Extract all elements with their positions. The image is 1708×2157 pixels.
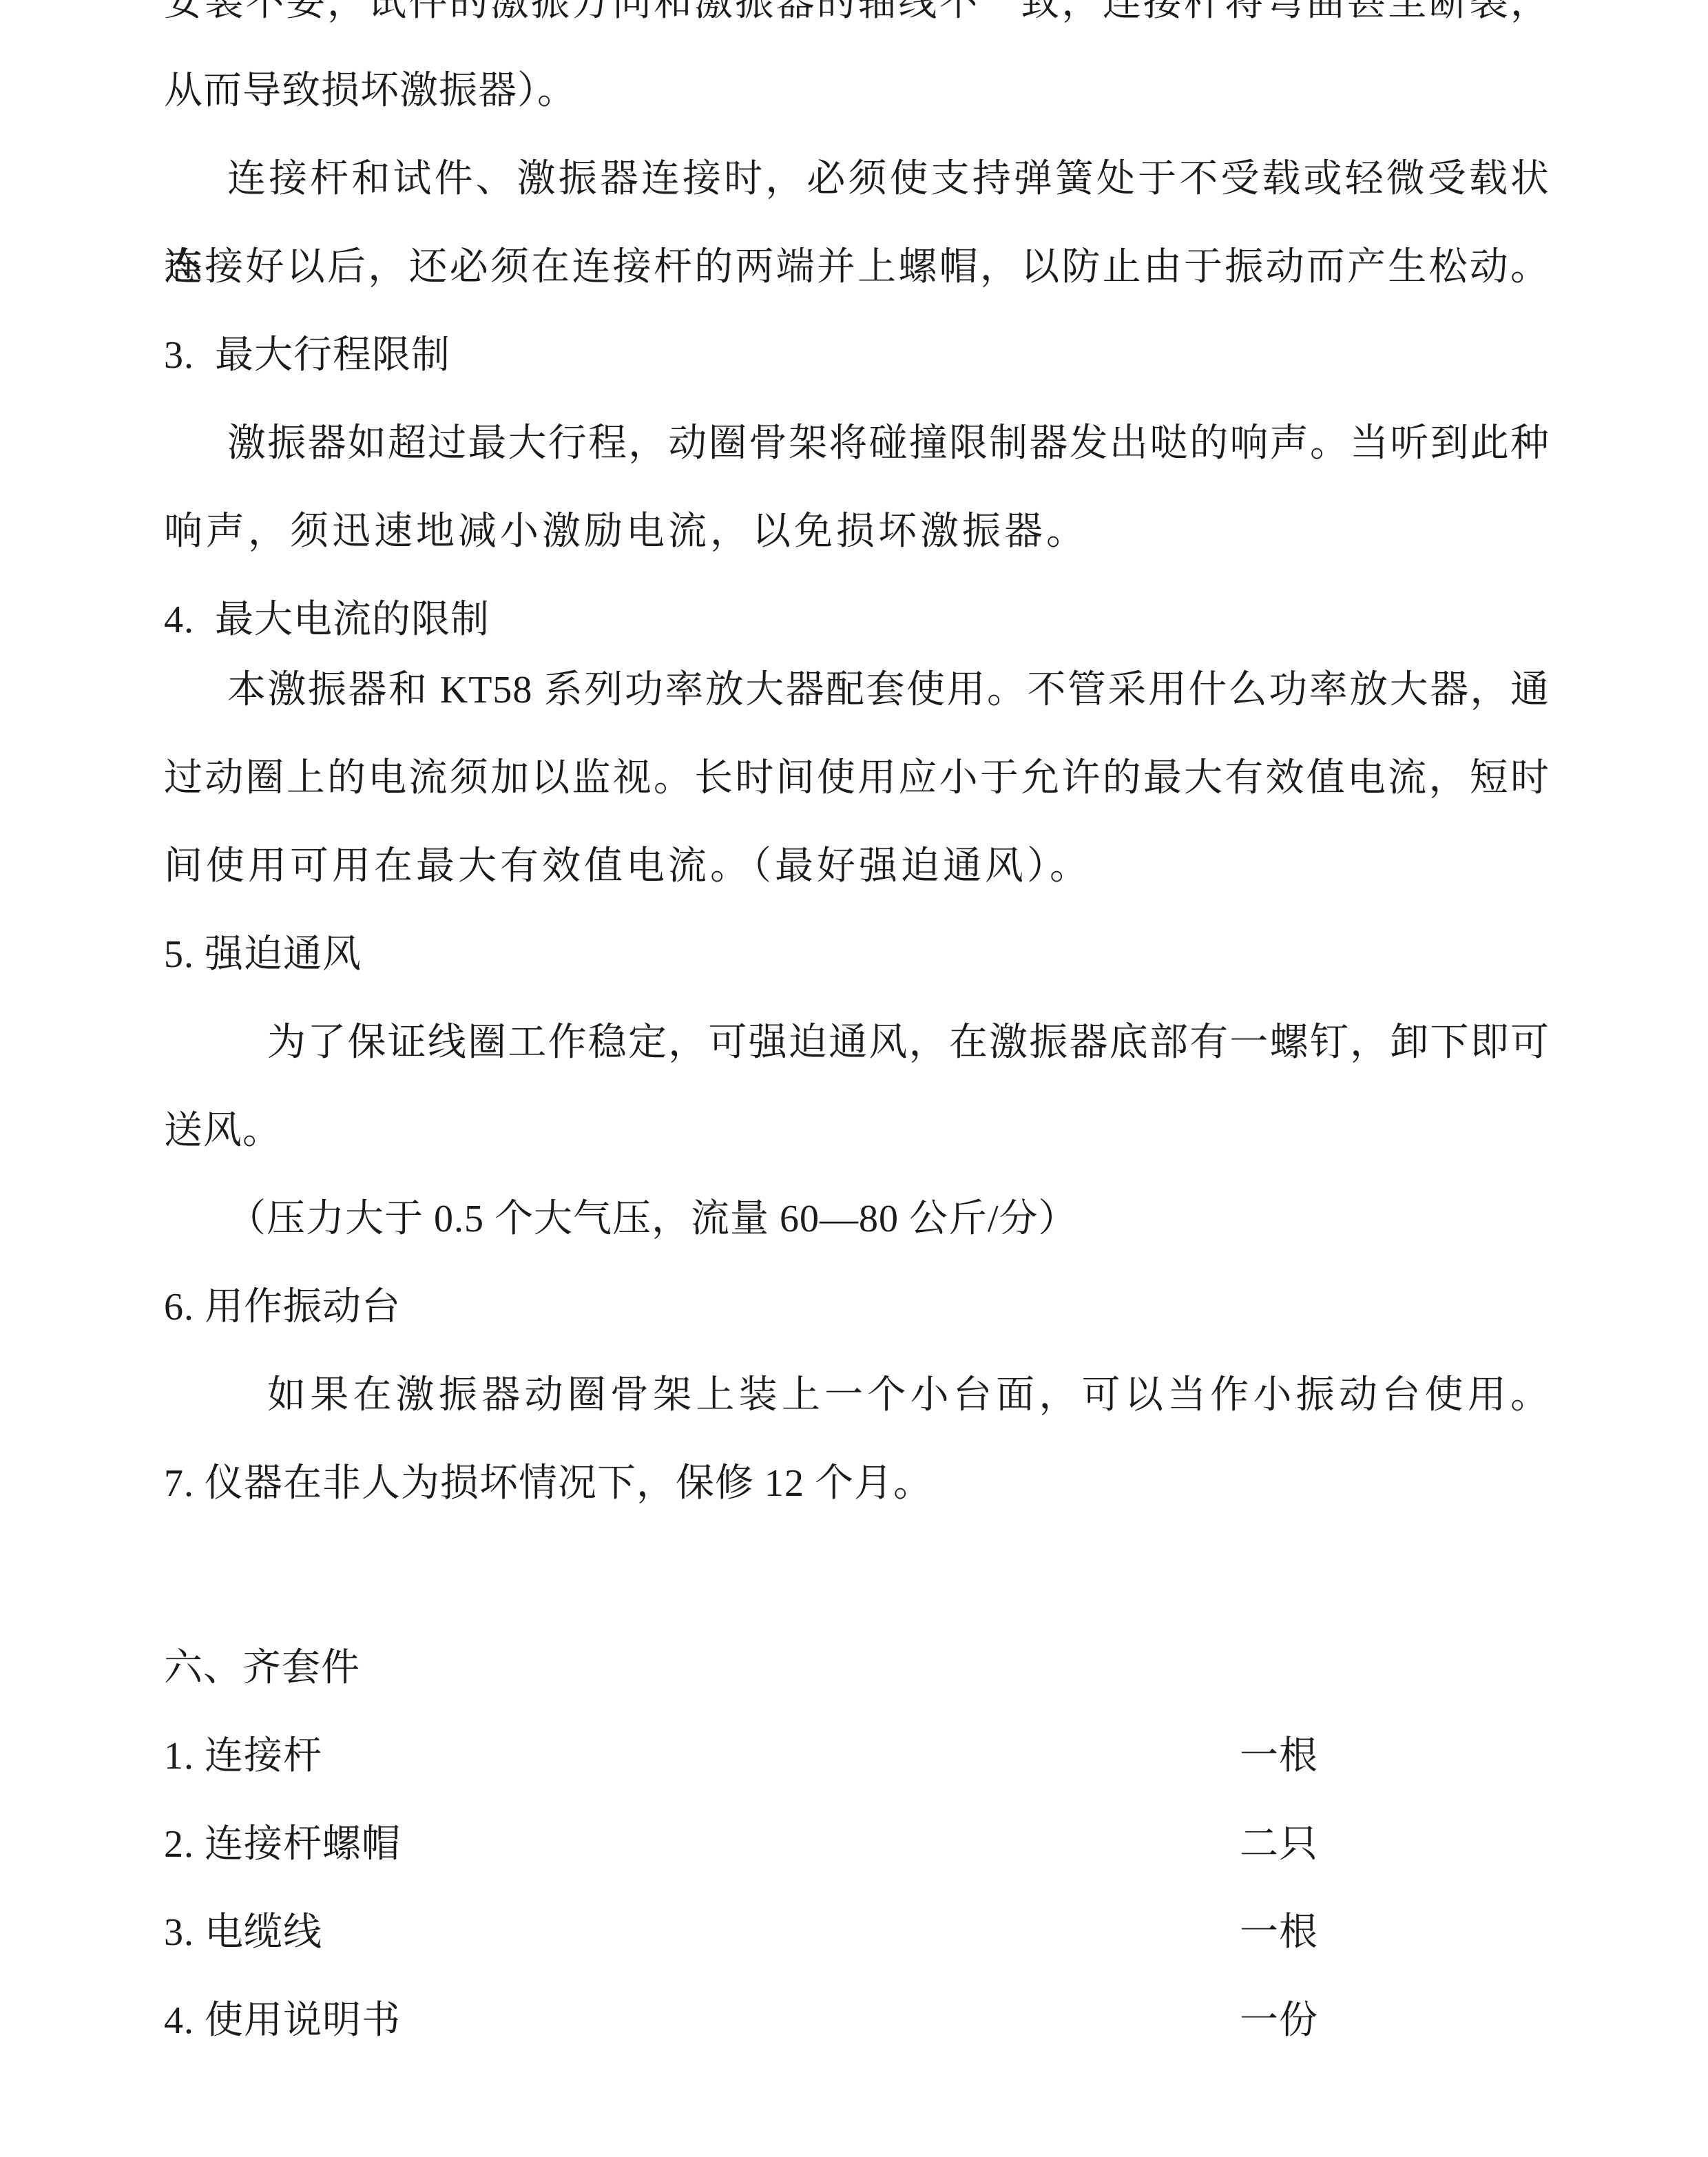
text-line: 为了保证线圈工作稳定，可强迫通风，在激振器底部有一螺钉，卸下即可 — [164, 999, 1550, 1087]
text-line: 6. 用作振动台 — [164, 1263, 1550, 1351]
line-text: 6. 用作振动台 — [164, 1286, 401, 1328]
line-text: 安装不妥，试件的激振方向和激振器的轴线不一致，连接杆将弯曲甚至断裂， — [164, 0, 1550, 24]
text-line: 7. 仪器在非人为损坏情况下，保修 12 个月。 — [164, 1439, 1550, 1528]
document-text: 安装不妥，试件的激振方向和激振器的轴线不一致，连接杆将弯曲甚至断裂，从而导致损坏… — [0, 0, 1550, 2065]
line-text: 响声，须迅速地减小激励电流，以免损坏激振器。 — [164, 510, 1088, 553]
text-line: 响声，须迅速地减小激励电流，以免损坏激振器。 — [164, 488, 1550, 576]
line-text: 六、齐套件 — [164, 1647, 360, 1689]
text-line: 送风。 — [164, 1087, 1550, 1175]
text-line: 从而导致损坏激振器）。 — [164, 47, 1550, 135]
text-line: 安装不妥，试件的激振方向和激振器的轴线不一致，连接杆将弯曲甚至断裂， — [164, 0, 1550, 47]
line-text: 连接好以后，还必须在连接杆的两端并上螺帽，以防止由于振动而产生松动。 — [164, 246, 1550, 289]
quantity-label: 二只 — [1240, 1800, 1318, 1888]
component-list-row: 1. 连接杆一根 — [164, 1712, 1550, 1800]
line-text: 过动圈上的电流须加以监视。长时间使用应小于允许的最大有效值电流，短时 — [164, 757, 1550, 800]
line-text: 如果在激振器动圈骨架上装上一个小台面，可以当作小振动台使用。 — [267, 1374, 1550, 1417]
text-line: 六、齐套件 — [164, 1624, 1550, 1712]
line-text: 3. 最大行程限制 — [164, 334, 450, 377]
quantity-label: 一根 — [1240, 1888, 1318, 1977]
line-text: 为了保证线圈工作稳定，可强迫通风，在激振器底部有一螺钉，卸下即可 — [267, 1021, 1550, 1064]
text-line: 激振器如超过最大行程，动圈骨架将碰撞限制器发出哒的响声。当听到此种 — [164, 399, 1550, 488]
line-text: 从而导致损坏激振器）。 — [164, 70, 576, 112]
text-line: 本激振器和 KT58 系列功率放大器配套使用。不管采用什么功率放大器，通 — [164, 646, 1550, 734]
component-list-row: 3. 电缆线一根 — [164, 1888, 1550, 1977]
quantity-label: 一份 — [1240, 1977, 1318, 2065]
text-line: （压力大于 0.5 个大气压，流量 60—80 公斤/分） — [164, 1175, 1550, 1263]
line-text: 4. 使用说明书 — [164, 1999, 401, 2042]
line-text: 1. 连接杆 — [164, 1735, 322, 1778]
text-line: 如果在激振器动圈骨架上装上一个小台面，可以当作小振动台使用。 — [164, 1351, 1550, 1439]
line-text: （压力大于 0.5 个大气压，流量 60—80 公斤/分） — [227, 1198, 1078, 1240]
text-line: 过动圈上的电流须加以监视。长时间使用应小于允许的最大有效值电流，短时 — [164, 734, 1550, 822]
document-page: 安装不妥，试件的激振方向和激振器的轴线不一致，连接杆将弯曲甚至断裂，从而导致损坏… — [0, 0, 1708, 2157]
quantity-label: 一根 — [1240, 1712, 1318, 1800]
component-list-row: 2. 连接杆螺帽二只 — [164, 1800, 1550, 1888]
line-text: 激振器如超过最大行程，动圈骨架将碰撞限制器发出哒的响声。当听到此种 — [227, 422, 1550, 465]
line-text: 5. 强迫通风 — [164, 933, 362, 976]
text-line: 间使用可用在最大有效值电流。（最好强迫通风）。 — [164, 822, 1550, 910]
line-text: 2. 连接杆螺帽 — [164, 1823, 401, 1866]
line-text: 本激振器和 KT58 系列功率放大器配套使用。不管采用什么功率放大器，通 — [227, 669, 1550, 711]
text-line: 3. 最大行程限制 — [164, 311, 1550, 399]
text-line: 连接杆和试件、激振器连接时，必须使支持弹簧处于不受载或轻微受载状态。 — [164, 135, 1550, 223]
component-list-row: 4. 使用说明书一份 — [164, 1977, 1550, 2065]
line-text: 4. 最大电流的限制 — [164, 598, 490, 641]
line-text: 3. 电缆线 — [164, 1911, 322, 1954]
line-text: 间使用可用在最大有效值电流。（最好强迫通风）。 — [164, 845, 1092, 888]
text-line: 5. 强迫通风 — [164, 910, 1550, 999]
line-text: 7. 仪器在非人为损坏情况下，保修 12 个月。 — [164, 1462, 933, 1505]
text-line: 连接好以后，还必须在连接杆的两端并上螺帽，以防止由于振动而产生松动。 — [164, 223, 1550, 311]
line-text: 送风。 — [164, 1109, 282, 1152]
